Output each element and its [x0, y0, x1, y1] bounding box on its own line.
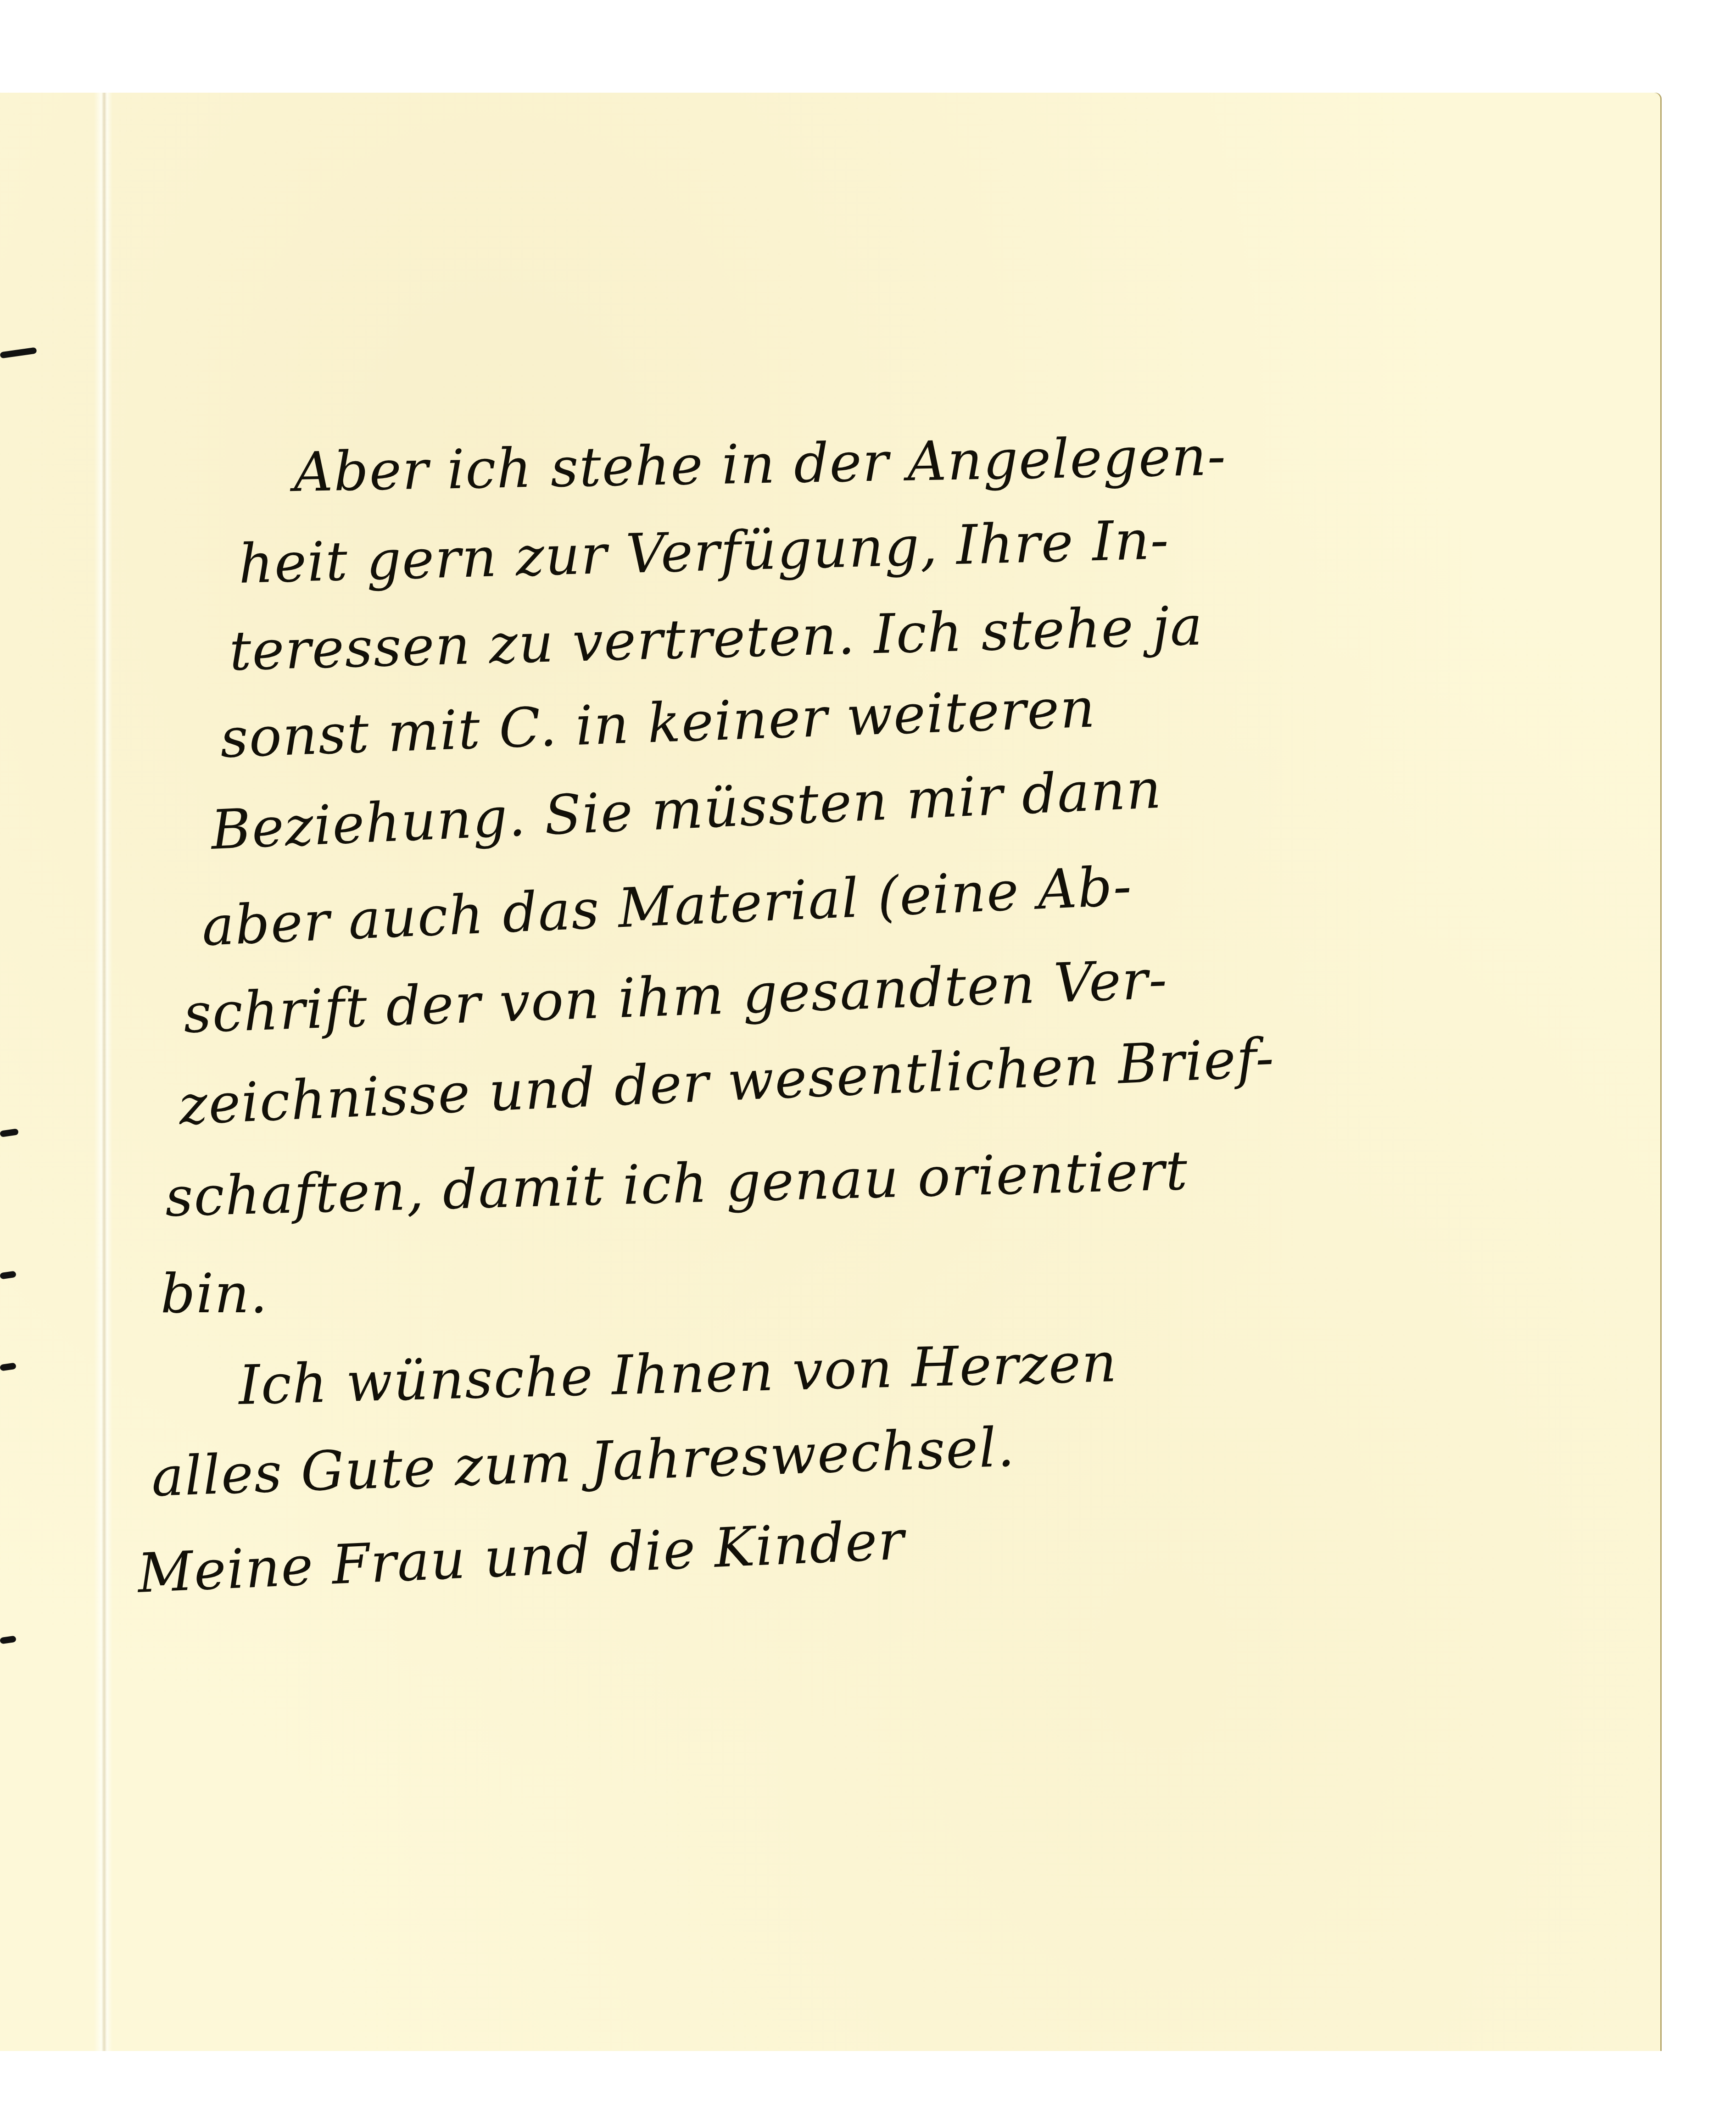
letter-line: bin. — [161, 1262, 268, 1325]
left-margin-ink-fragment — [0, 1363, 17, 1371]
left-margin-ink-fragment — [0, 1271, 17, 1280]
paper-fold-line — [94, 93, 112, 2051]
left-margin-ink-fragment — [0, 1128, 19, 1137]
left-margin-ink-fragment — [0, 1636, 17, 1644]
left-margin-ink-fragment — [0, 347, 37, 359]
